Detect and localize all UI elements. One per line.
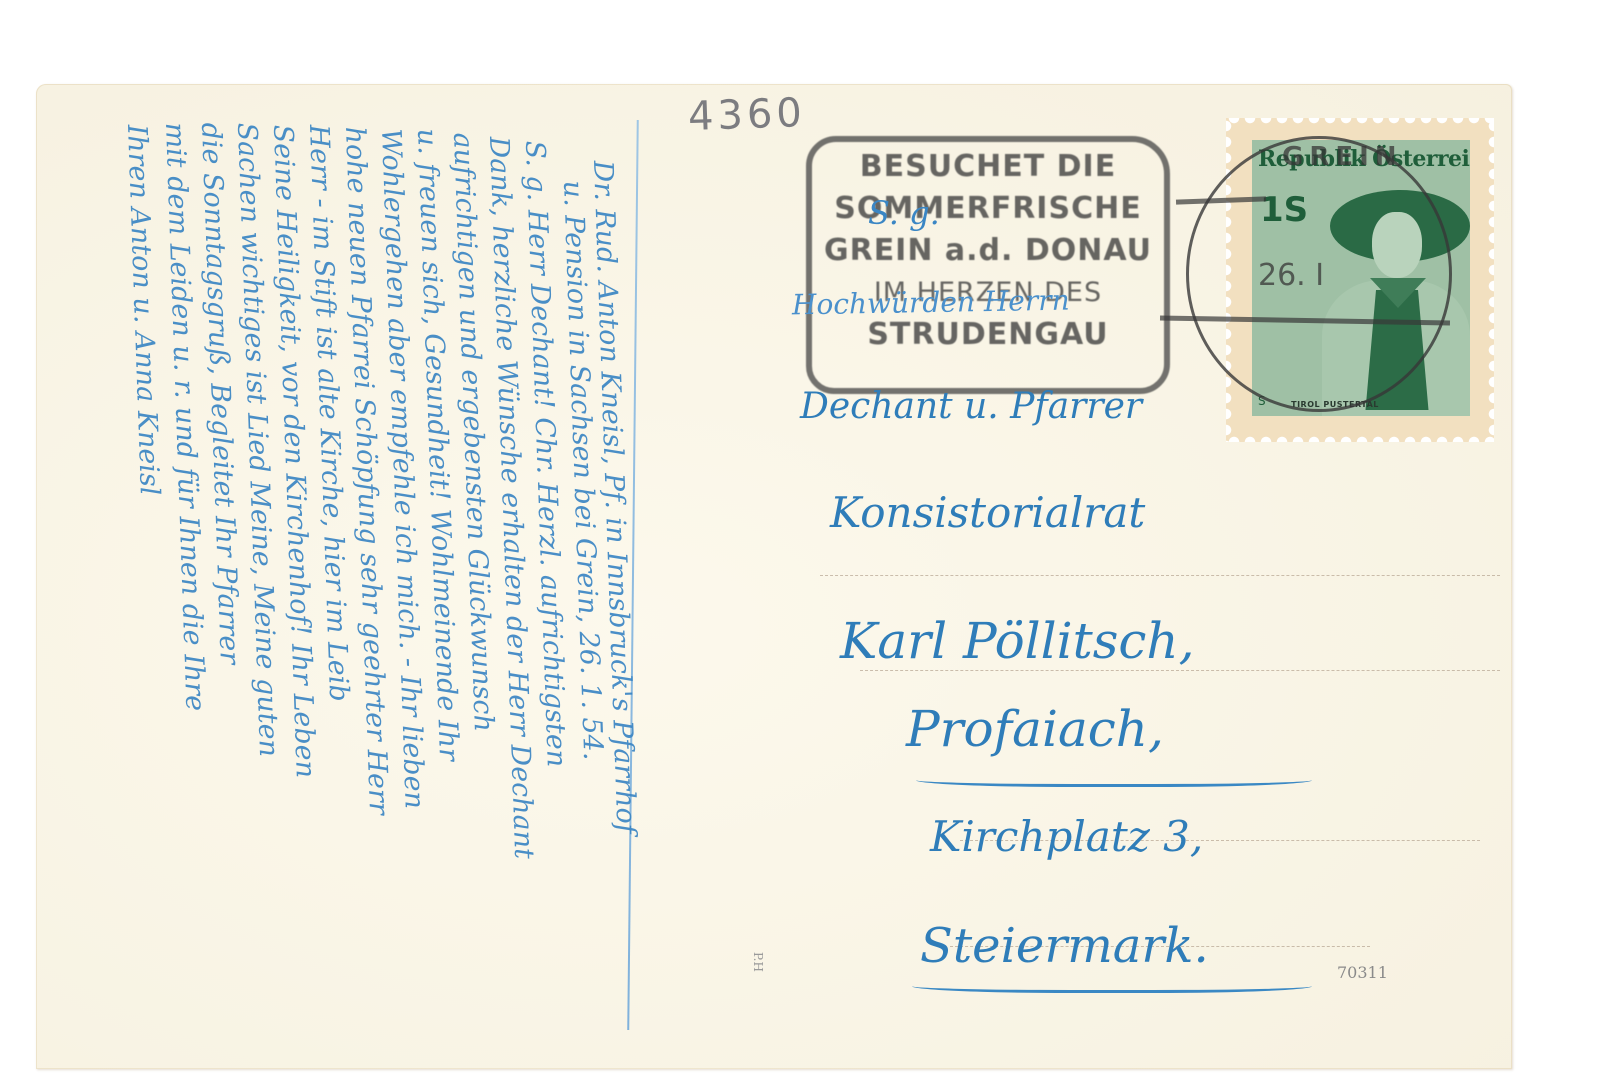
archive-pencil-number: 4360 [687,90,806,140]
slogan-line: STRUDENGAU [812,314,1164,356]
recipient-town: Profaiach, [906,700,1164,758]
slogan-line: BESUCHET DIE [812,146,1164,188]
message-line: Ihren Anton u. Anna Kneisl [121,124,165,496]
slogan-line: GREIN a.d. DONAU [812,230,1164,272]
publisher-mark: P.H [751,952,765,972]
address-title-line: Dechant u. Pfarrer [800,386,1142,427]
address-title-line: Konsistorialrat [830,488,1145,537]
address-guide-line [860,670,1500,671]
recipient-name: Karl Pöllitsch, [840,612,1195,670]
salutation-abbrev: S. g. [868,194,940,232]
underline-stroke [912,976,1312,993]
underline-stroke [916,770,1312,787]
honorific: Hochwürden Herrn [792,284,1070,322]
postmark-date: 26. I [1258,258,1324,293]
handwritten-message: Dr. Rud. Anton Kneisl, Pf. in Innsbruck'… [40,120,640,1040]
slogan-line: SOMMERFRISCHE [812,188,1164,230]
recipient-region: Steiermark. [920,918,1209,974]
recipient-street: Kirchplatz 3, [930,812,1203,861]
postmark-town: GREIN [1282,142,1403,172]
address-guide-line [820,575,1500,576]
slogan-cancellation: BESUCHET DIE SOMMERFRISCHE GREIN a.d. DO… [806,136,1170,394]
card-number: 70311 [1337,963,1388,982]
